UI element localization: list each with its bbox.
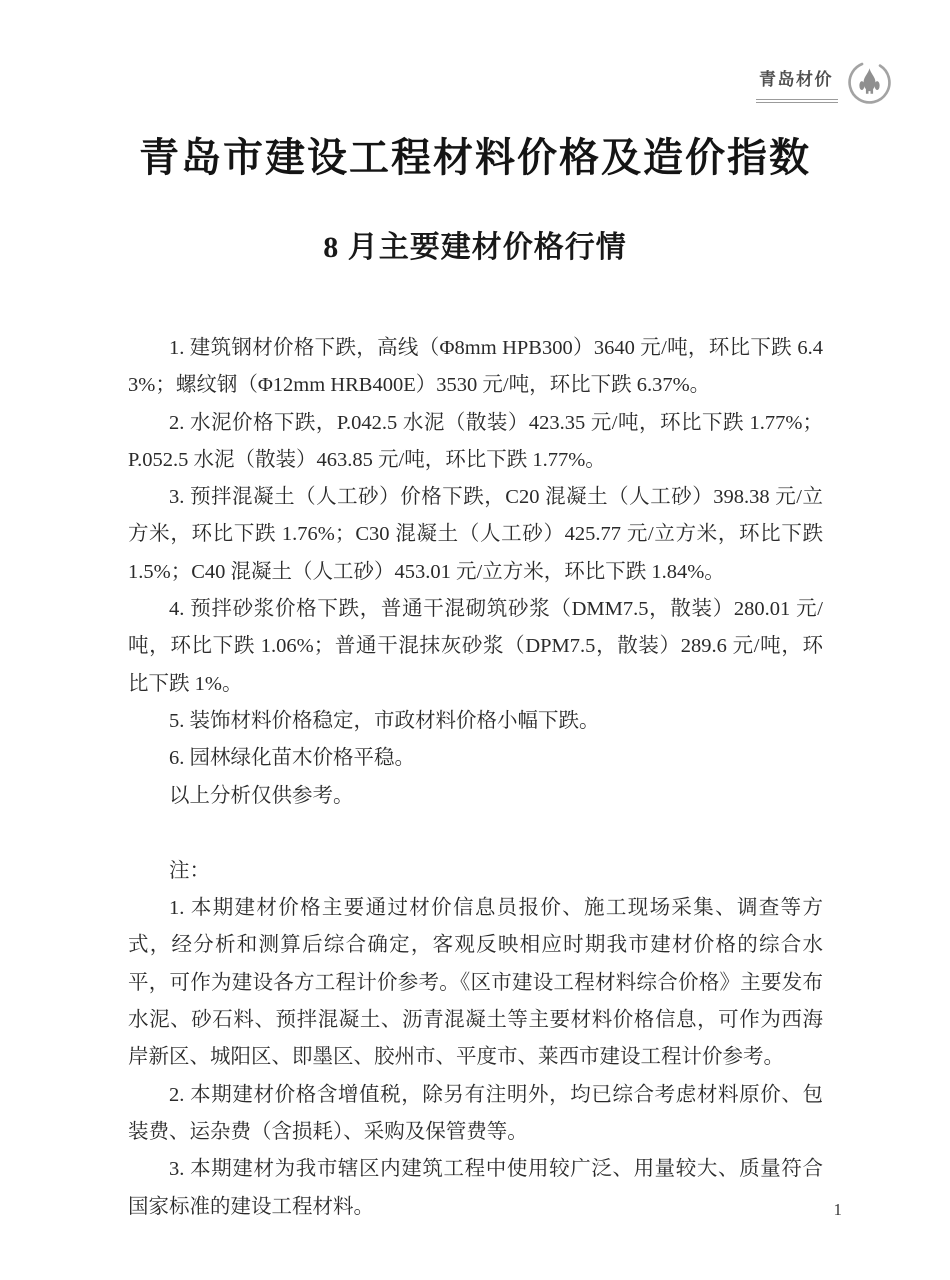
analysis-paragraph-decor: 5. 装饰材料价格稳定，市政材料价格小幅下跌。 bbox=[128, 703, 823, 740]
analysis-paragraph-garden: 6. 园林绿化苗木价格平稳。 bbox=[128, 740, 823, 777]
analysis-paragraph-cement: 2. 水泥价格下跌，P.042.5 水泥（散装）423.35 元/吨，环比下跌 … bbox=[128, 405, 823, 480]
analysis-section: 1. 建筑钢材价格下跌，高线（Φ8mm HPB300）3640 元/吨，环比下跌… bbox=[128, 330, 823, 815]
document-body: 1. 建筑钢材价格下跌，高线（Φ8mm HPB300）3640 元/吨，环比下跌… bbox=[128, 330, 823, 1226]
note-paragraph-2: 2. 本期建材价格含增值税，除另有注明外，均已综合考虑材料原价、包装费、运杂费（… bbox=[128, 1077, 823, 1152]
analysis-paragraph-steel: 1. 建筑钢材价格下跌，高线（Φ8mm HPB300）3640 元/吨，环比下跌… bbox=[128, 330, 823, 405]
page-number: 1 bbox=[834, 1200, 843, 1220]
notes-section: 注： 1. 本期建材价格主要通过材价信息员报价、施工现场采集、调查等方式，经分析… bbox=[128, 853, 823, 1226]
note-paragraph-3: 3. 本期建材为我市辖区内建筑工程中使用较广泛、用量较大、质量符合国家标准的建设… bbox=[128, 1151, 823, 1226]
analysis-paragraph-concrete: 3. 预拌混凝土（人工砂）价格下跌，C20 混凝土（人工砂）398.38 元/立… bbox=[128, 479, 823, 591]
document-subtitle: 8 月主要建材价格行情 bbox=[0, 222, 950, 266]
note-paragraph-1: 1. 本期建材价格主要通过材价信息员报价、施工现场采集、调查等方式，经分析和测算… bbox=[128, 890, 823, 1076]
analysis-paragraph-mortar: 4. 预拌砂浆价格下跌，普通干混砌筑砂浆（DMM7.5，散装）280.01 元/… bbox=[128, 591, 823, 703]
analysis-disclaimer: 以上分析仅供参考。 bbox=[128, 778, 823, 815]
publisher-logo-icon bbox=[845, 58, 894, 107]
brand-label: 青岛材价 bbox=[756, 63, 838, 103]
notes-label: 注： bbox=[128, 853, 823, 890]
document-page: 青岛材价 青岛市建设工程材料价格及造价指数 8 月主要建材价格行情 1. 建筑钢… bbox=[0, 0, 950, 1280]
page-header: 青岛材价 bbox=[756, 58, 894, 107]
